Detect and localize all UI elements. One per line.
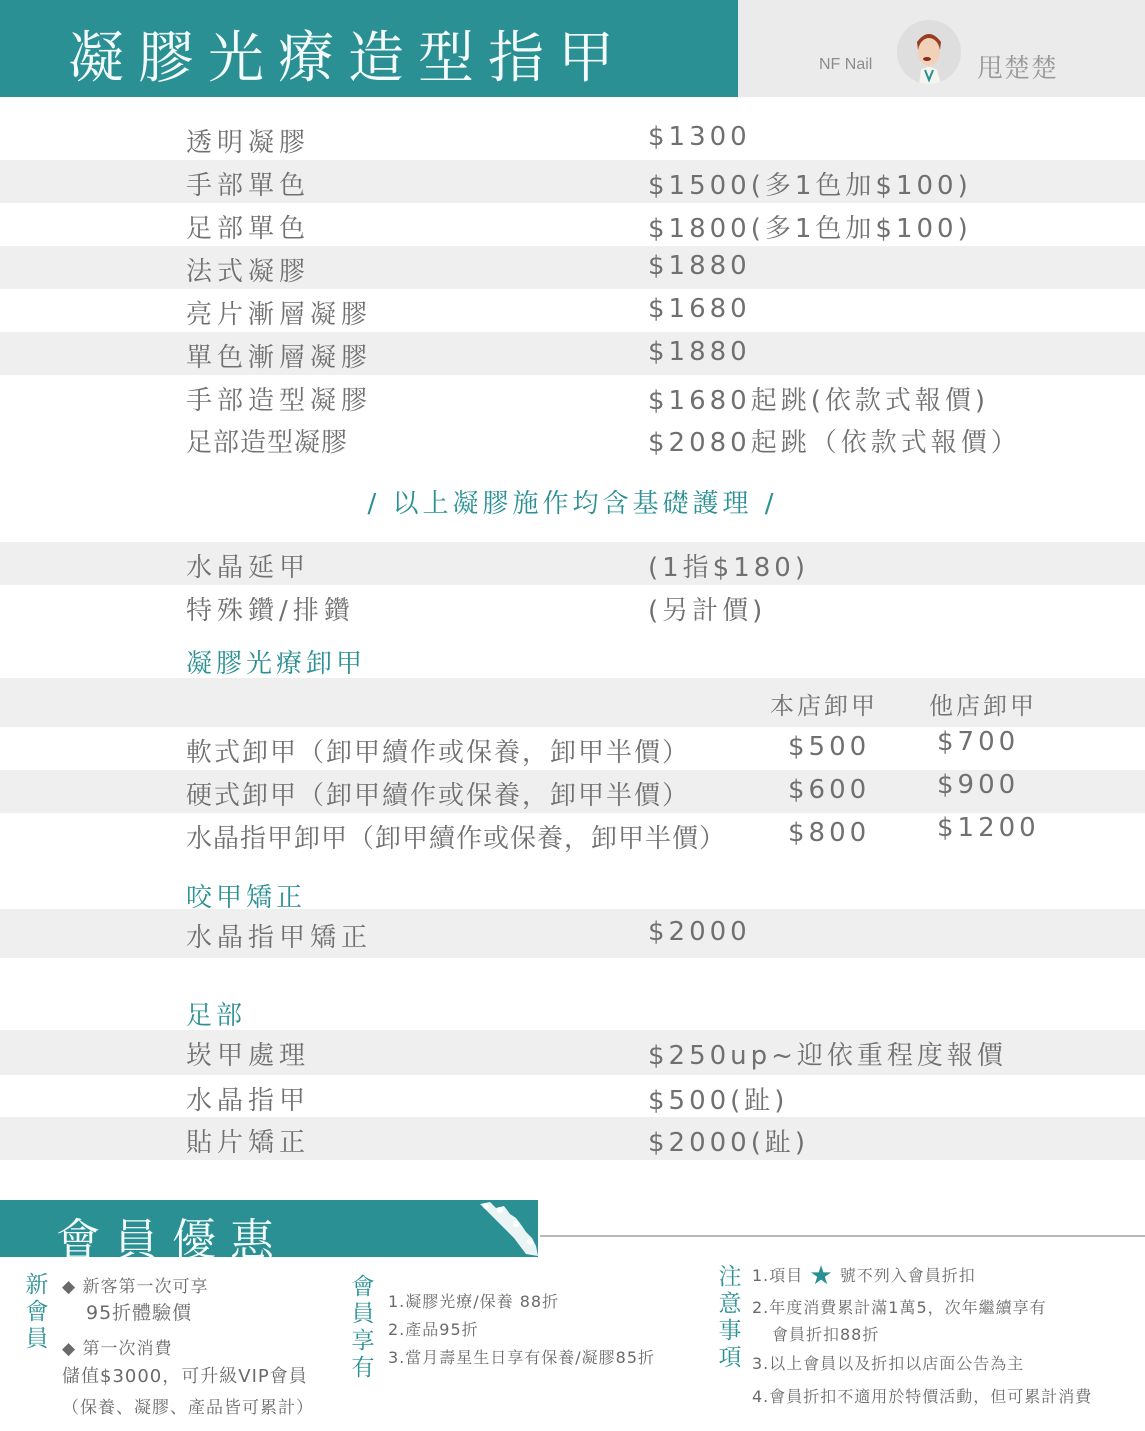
note-line: 會員折扣88折 xyxy=(772,1322,879,1345)
item-name: 軟式卸甲（卸甲續作或保養，卸甲半價） xyxy=(186,732,690,769)
benefit-line: 3.當月壽星生日享有保養/凝膠85折 xyxy=(388,1345,655,1368)
item-price: (另計價) xyxy=(648,590,766,627)
avatar xyxy=(897,20,961,84)
page-title: 凝膠光療造型指甲 xyxy=(68,14,628,94)
divider-line xyxy=(540,1235,1145,1237)
item-name: 特殊鑽/排鑽 xyxy=(186,590,355,627)
note-text: 號不列入會員折扣 xyxy=(840,1266,976,1285)
item-price: $2000(趾) xyxy=(648,1122,809,1159)
removal-row: 軟式卸甲（卸甲續作或保養，卸甲半價） $500 $700 xyxy=(0,727,1145,770)
item-price: $1680 xyxy=(648,294,751,324)
avatar-portrait-icon xyxy=(897,20,961,84)
price-row: 貼片矯正 $2000(趾) xyxy=(0,1117,1145,1160)
item-price: $1300 xyxy=(648,122,751,152)
leaf-decoration-icon xyxy=(476,1198,542,1258)
title-banner: 凝膠光療造型指甲 xyxy=(0,0,738,97)
new-member-line: ◆ 新客第一次可享 xyxy=(62,1272,208,1297)
own-store-price: $600 xyxy=(788,775,870,805)
item-price: $2000 xyxy=(648,917,751,947)
item-name: 透明凝膠 xyxy=(186,122,310,159)
new-member-line: （保養、凝膠、產品皆可累計） xyxy=(62,1393,314,1418)
removal-header-row: 本店卸甲 他店卸甲 xyxy=(0,678,1145,727)
note-text: 1.項目 xyxy=(752,1266,803,1285)
price-row: 水晶指甲矯正 $2000 xyxy=(0,909,1145,958)
benefit-line: 2.產品95折 xyxy=(388,1317,479,1340)
item-name: 硬式卸甲（卸甲續作或保養，卸甲半價） xyxy=(186,775,690,812)
price-row: 亮片漸層凝膠 $1680 xyxy=(0,289,1145,332)
item-price: $2080起跳（依款式報價） xyxy=(648,422,1021,459)
member-benefits-label: 會員享有 xyxy=(350,1274,376,1382)
item-price: (1指$180) xyxy=(648,547,809,584)
price-row: 單色漸層凝膠 $1880 xyxy=(0,332,1145,375)
item-name: 水晶指甲矯正 xyxy=(186,917,372,954)
item-name: 手部造型凝膠 xyxy=(186,380,372,417)
item-name: 法式凝膠 xyxy=(186,251,310,288)
item-name: 單色漸層凝膠 xyxy=(186,337,372,374)
owner-name: 甩楚楚 xyxy=(977,48,1058,85)
price-row: 水晶指甲 $500(趾) xyxy=(0,1075,1145,1118)
section-title-removal: 凝膠光療卸甲 xyxy=(186,643,366,680)
column-header-other-store: 他店卸甲 xyxy=(929,686,1037,721)
other-store-price: $1200 xyxy=(937,813,1040,843)
benefit-line: 1.凝膠光療/保養 88折 xyxy=(388,1289,559,1312)
item-name: 足部單色 xyxy=(186,208,310,245)
member-title: 會員優惠 xyxy=(56,1204,288,1268)
other-store-price: $900 xyxy=(937,770,1019,800)
item-price: $1800(多1色加$100) xyxy=(648,208,972,245)
price-row: 水晶延甲 (1指$180) xyxy=(0,542,1145,585)
item-price: $1500(多1色加$100) xyxy=(648,165,972,202)
column-header-own-store: 本店卸甲 xyxy=(770,686,878,721)
other-store-price: $700 xyxy=(937,727,1019,757)
new-member-line: 儲值$3000，可升級VIP會員 xyxy=(62,1362,308,1388)
section-title-foot: 足部 xyxy=(186,995,246,1032)
price-row: 足部單色 $1800(多1色加$100) xyxy=(0,203,1145,246)
note-line: 2.年度消費累計滿1萬5，次年繼續享有 xyxy=(752,1295,1047,1318)
removal-row: 硬式卸甲（卸甲續作或保養，卸甲半價） $600 $900 xyxy=(0,770,1145,813)
item-name: 足部造型凝膠 xyxy=(186,422,348,459)
price-row: 足部造型凝膠 $2080起跳（依款式報價） xyxy=(0,417,1145,460)
item-price: $500(趾) xyxy=(648,1080,788,1117)
item-name: 水晶指甲卸甲（卸甲續作或保養，卸甲半價） xyxy=(186,818,726,855)
price-row: 透明凝膠 $1300 xyxy=(0,117,1145,160)
price-row: 手部造型凝膠 $1680起跳(依款式報價) xyxy=(0,375,1145,418)
note-line: 1.項目 ★ 號不列入會員折扣 xyxy=(752,1261,976,1291)
brand-name: NF Nail xyxy=(819,56,872,74)
removal-row: 水晶指甲卸甲（卸甲續作或保養，卸甲半價） $800 $1200 xyxy=(0,813,1145,856)
item-price: $1680起跳(依款式報價) xyxy=(648,380,989,417)
price-row: 法式凝膠 $1880 xyxy=(0,246,1145,289)
price-row: 手部單色 $1500(多1色加$100) xyxy=(0,160,1145,203)
price-row: 崁甲處理 $250up~迎依重程度報價 xyxy=(0,1030,1145,1075)
own-store-price: $800 xyxy=(788,818,870,848)
item-name: 手部單色 xyxy=(186,165,310,202)
own-store-price: $500 xyxy=(788,732,870,762)
new-member-line: ◆ 第一次消費 xyxy=(62,1334,172,1359)
gel-note: / 以上凝膠施作均含基礎護理 / xyxy=(0,483,1145,520)
item-name: 崁甲處理 xyxy=(186,1035,310,1072)
member-banner: 會員優惠 xyxy=(0,1200,538,1257)
notes-label: 注意事項 xyxy=(717,1264,743,1372)
item-price: $250up~迎依重程度報價 xyxy=(648,1035,1007,1072)
note-line: 3.以上會員以及折扣以店面公告為主 xyxy=(752,1351,1024,1374)
header-bar: 凝膠光療造型指甲 NF Nail 甩楚楚 xyxy=(0,0,1145,97)
price-row: 特殊鑽/排鑽 (另計價) xyxy=(0,585,1145,628)
note-line: 4.會員折扣不適用於特價活動，但可累計消費 xyxy=(752,1384,1092,1407)
new-member-label: 新會員 xyxy=(24,1272,50,1353)
star-icon: ★ xyxy=(809,1261,833,1291)
item-price: $1880 xyxy=(648,337,751,367)
item-name: 亮片漸層凝膠 xyxy=(186,294,372,331)
new-member-line: 95折體驗價 xyxy=(86,1298,192,1325)
item-name: 水晶指甲 xyxy=(186,1080,310,1117)
item-name: 貼片矯正 xyxy=(186,1122,310,1159)
item-name: 水晶延甲 xyxy=(186,547,310,584)
item-price: $1880 xyxy=(648,251,751,281)
